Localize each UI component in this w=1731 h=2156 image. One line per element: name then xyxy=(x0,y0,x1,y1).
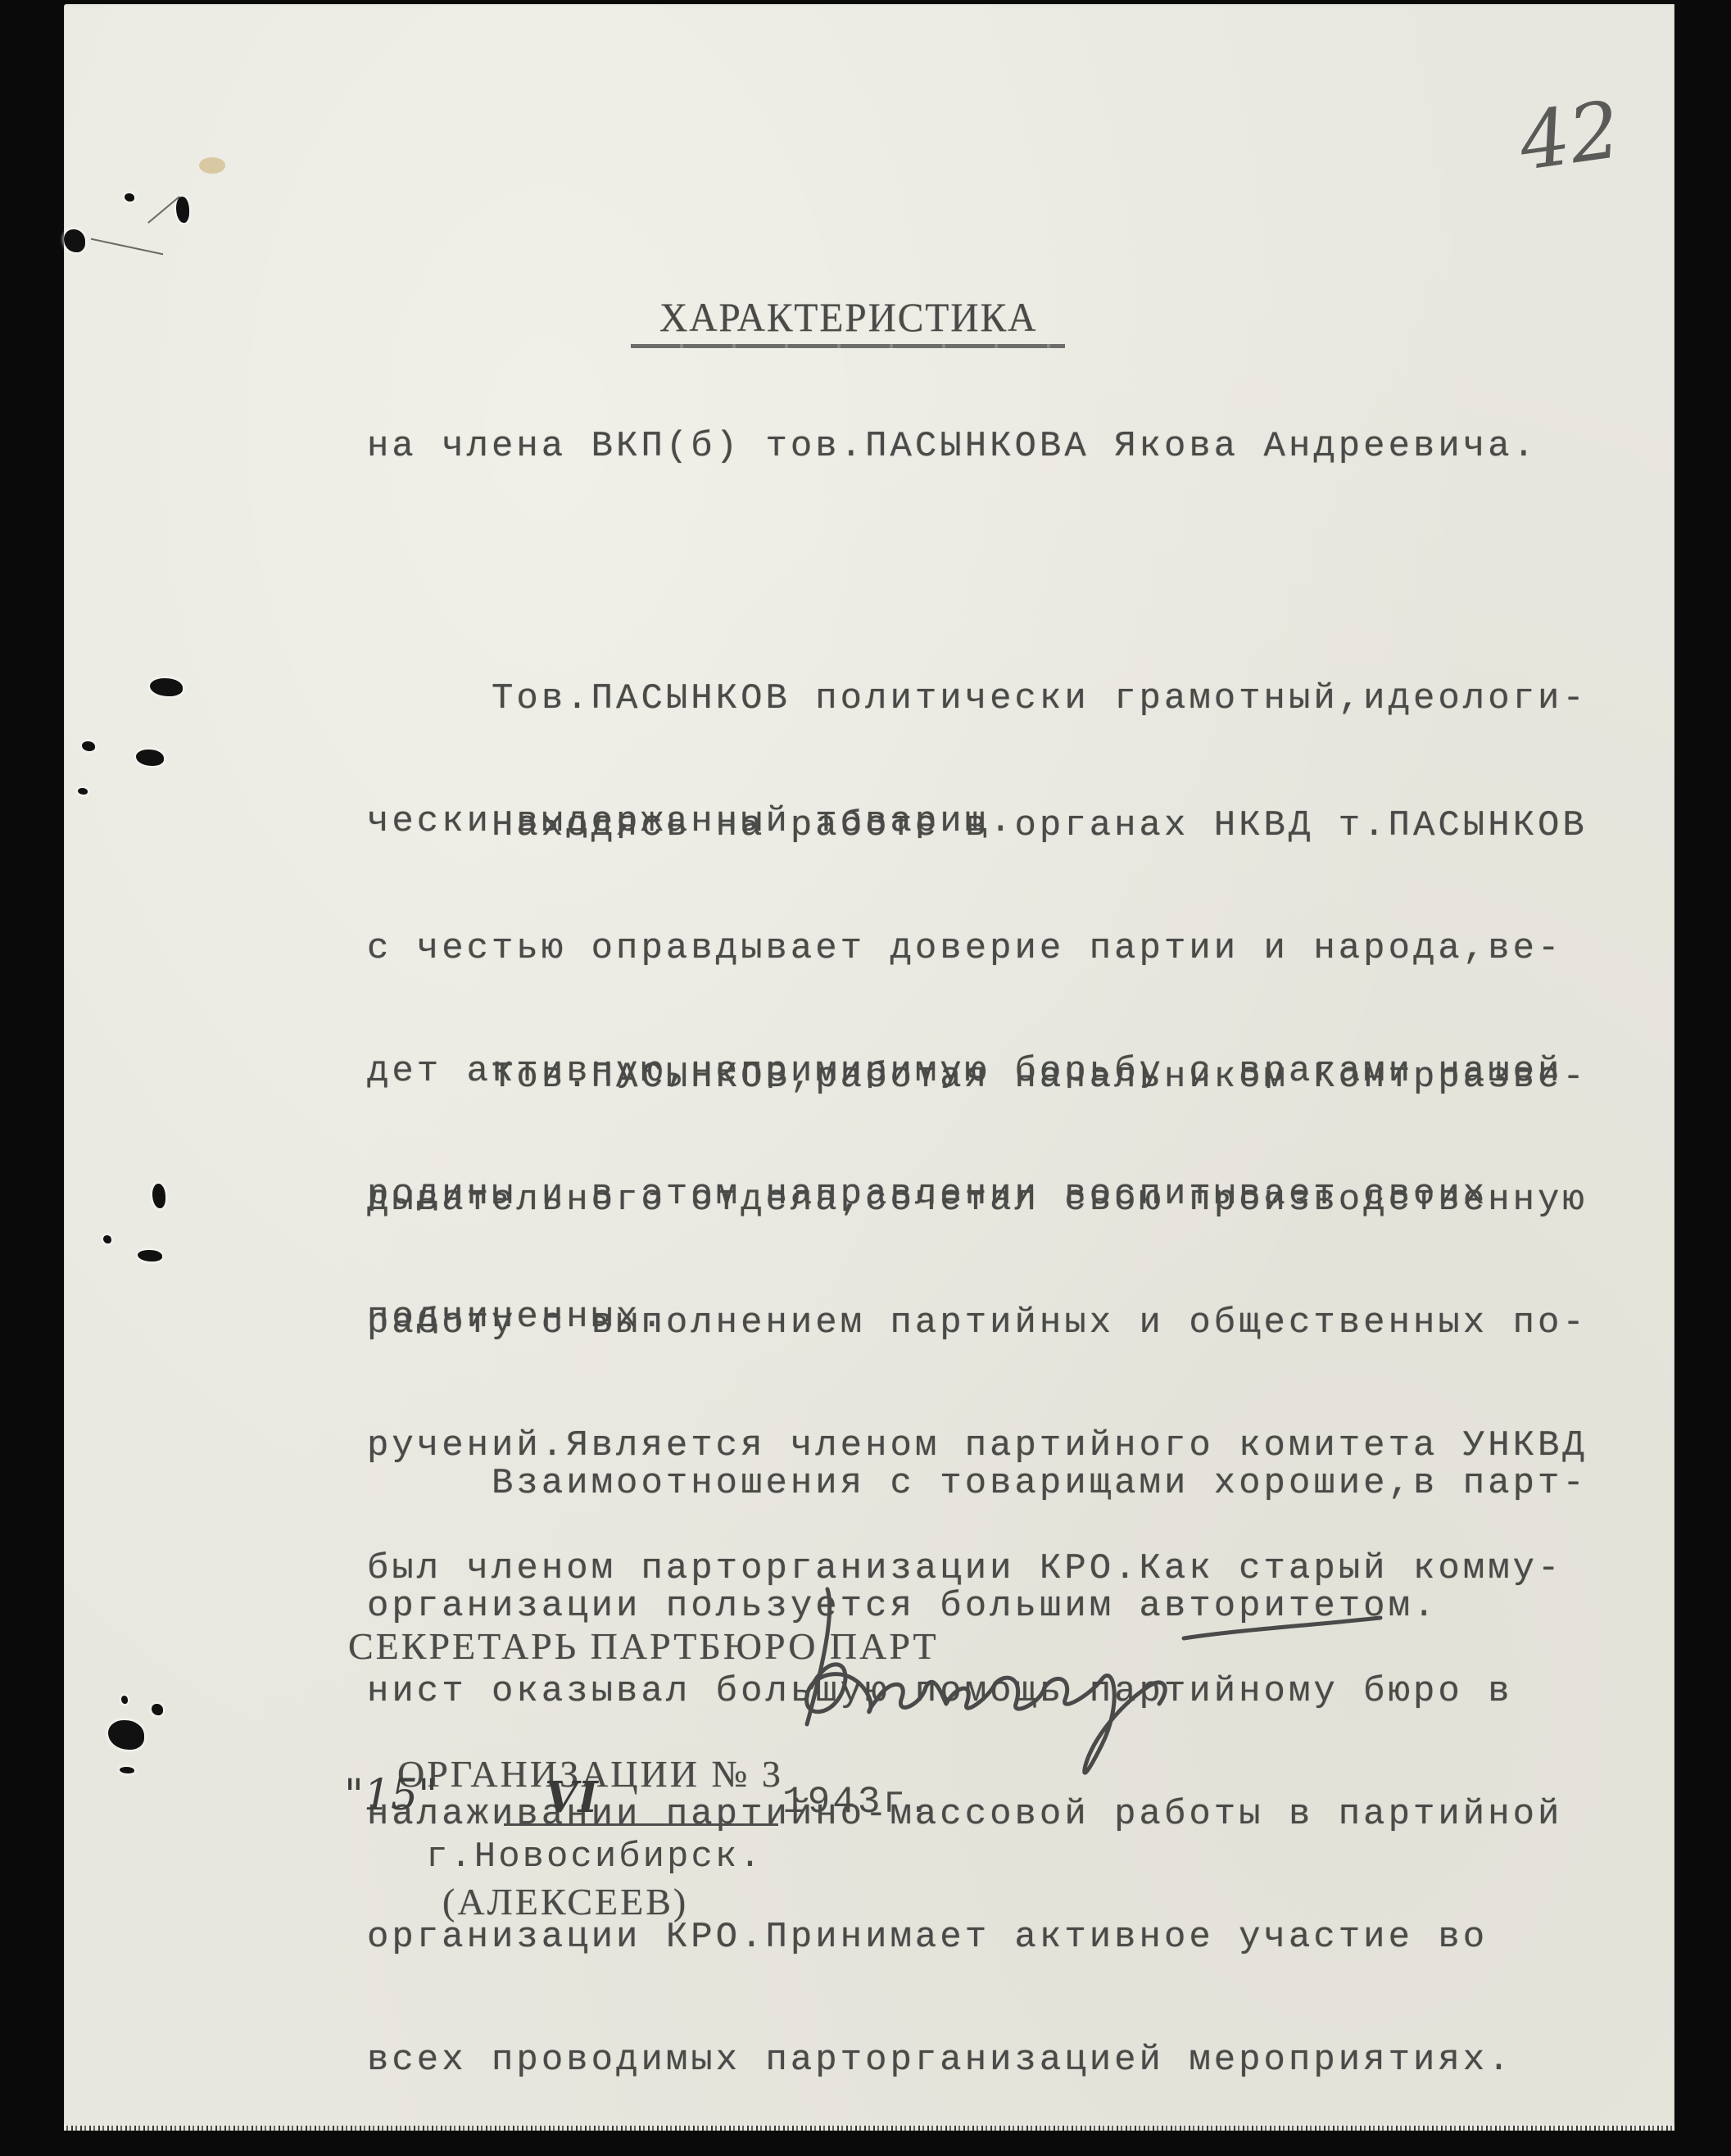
document-title: ХАРАКТЕРИСТИКА xyxy=(659,293,1037,341)
paragraph-line: Находясь на работе в органах НКВД т.ПАСЫ… xyxy=(367,805,1588,846)
punch-hole xyxy=(176,197,189,223)
paragraph-line: работу с выполнением партийных и обществ… xyxy=(367,1302,1588,1343)
date-year: 1943г. xyxy=(782,1781,933,1823)
folio-number: 42 xyxy=(1514,84,1626,188)
place-of-issue: г.Новосибирск. xyxy=(426,1837,764,1877)
punch-hole xyxy=(103,1235,111,1243)
date-month: VI xyxy=(545,1773,598,1823)
paragraph-line: Взаимоотношения с товарищами хорошие,в п… xyxy=(367,1463,1588,1504)
paragraph-line: дывательного отдела,сочетал свою произво… xyxy=(367,1180,1588,1221)
punch-hole xyxy=(152,1704,163,1715)
signatory-name: (АЛЕКСЕЕВ) xyxy=(348,1881,939,1923)
punch-hole xyxy=(120,1767,134,1773)
paragraph-line: с честью оправдывает доверие партии и на… xyxy=(367,928,1588,969)
date-underline xyxy=(504,1823,778,1826)
punch-hole xyxy=(121,1696,128,1704)
punch-hole xyxy=(78,788,88,795)
paragraph-line: Тов.ПАСЫНКОВ,работая начальником Контрра… xyxy=(367,1057,1588,1098)
torn-edge xyxy=(64,229,85,252)
paragraph-line: Тов.ПАСЫНКОВ политически грамотный,идеол… xyxy=(367,678,1588,719)
date-day: "15" xyxy=(344,1771,437,1820)
paragraph-line: всех проводимых парторганизацией меропри… xyxy=(367,2040,1588,2081)
stain xyxy=(199,157,225,174)
punch-hole xyxy=(82,741,95,751)
date-line: "15" VI 1943г. xyxy=(344,1771,967,1828)
title-underline xyxy=(631,344,1065,348)
document-subtitle: на члена ВКП(б) тов.ПАСЫНКОВА Якова Андр… xyxy=(367,426,1538,467)
handwritten-signature xyxy=(778,1581,1417,1794)
punch-hole xyxy=(125,193,134,202)
punch-hole xyxy=(152,1184,165,1208)
